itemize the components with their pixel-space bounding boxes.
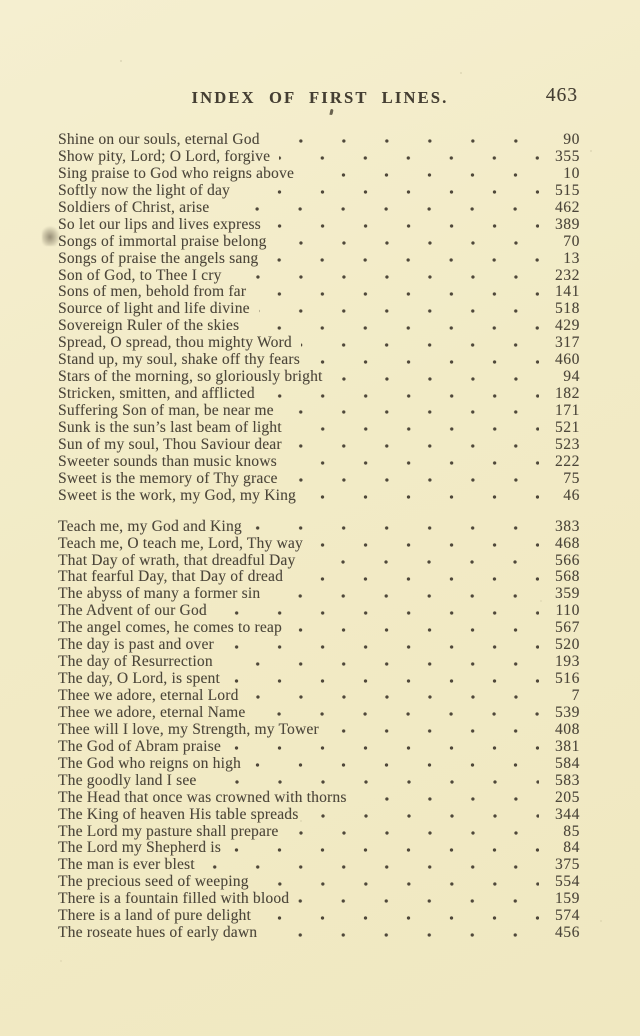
dot-leader [264,386,539,403]
entry-page-number: 193 [546,654,580,671]
entry-first-line: Softly now the light of day [58,183,230,200]
dot-leader [230,739,539,756]
paper-speckles [120,60,122,62]
index-entry-row: Soldiers of Christ, arise462 [58,200,580,217]
dot-leader [218,200,539,217]
entry-page-number: 583 [546,773,580,790]
entry-page-number: 359 [546,586,580,603]
dot-leader [270,217,539,234]
index-entry-row: The God who reigns on high584 [58,756,580,773]
index-entry-row: Sweet is the memory of Thy grace75 [58,471,580,488]
dot-leader [255,284,539,301]
dot-leader [303,166,539,183]
entry-first-line: Sunk is the sun’s last beam of light [58,420,282,437]
index-entry-row: The day, O Lord, is spent516 [58,671,580,688]
entry-page-number: 515 [546,183,580,200]
dot-leader [291,437,539,454]
dot-leader [239,183,539,200]
dot-leader [309,352,539,369]
index-entry-row: Thee will I love, my Strength, my Tower4… [58,722,580,739]
index-entry-row: The roseate hues of early dawn456 [58,925,580,942]
dot-leader [251,519,539,536]
entry-page-number: 205 [546,790,580,807]
index-entry-row: The goodly land I see583 [58,773,580,790]
entry-page-number: 429 [546,318,580,335]
index-entry-row: Stars of the morning, so gloriously brig… [58,369,580,386]
entry-first-line: Source of light and life divine [58,301,250,318]
dot-leader [269,586,539,603]
index-entry-row: There is a fountain filled with blood159 [58,891,580,908]
index-entry-row: The King of heaven His table spreads344 [58,807,580,824]
dot-leader [292,569,539,586]
entry-first-line: Soldiers of Christ, arise [58,200,209,217]
dot-leader [356,790,539,807]
entry-page-number: 456 [546,925,580,942]
page-title: INDEX OF FIRST LINES. [192,88,449,108]
entry-page-number: 7 [546,688,580,705]
entry-first-line: Sovereign Ruler of the skies [58,318,239,335]
entry-page-number: 460 [546,352,580,369]
entry-first-line: Spread, O spread, thou mighty Word [58,335,292,352]
dot-leader [304,553,539,570]
index-entry-row: Sunk is the sun’s last beam of light521 [58,420,580,437]
entry-first-line: The day of Resurrection [58,654,213,671]
dot-leader [332,369,539,386]
entry-page-number: 381 [546,739,580,756]
index-entry-row: The Lord my Shepherd is84 [58,840,580,857]
index-entry-row: Songs of immortal praise belong70 [58,234,580,251]
dot-leader [305,488,539,505]
index-entry-row: Stand up, my soul, shake off thy fears46… [58,352,580,369]
entry-page-number: 383 [546,519,580,536]
entry-page-number: 94 [546,369,580,386]
index-entry-row: Sons of men, behold from far141 [58,284,580,301]
entry-first-line: The day is past and over [58,637,214,654]
entry-first-line: That fearful Day, that Day of dread [58,569,283,586]
dot-leader [254,705,539,722]
entry-page-number: 389 [546,217,580,234]
entry-first-line: That Day of wrath, that dreadful Day [58,553,295,570]
entry-page-number: 539 [546,705,580,722]
entry-first-line: Thee we adore, eternal Lord [58,688,239,705]
entry-page-number: 355 [546,149,580,166]
entry-page-number: 554 [546,874,580,891]
entry-first-line: Sons of men, behold from far [58,284,246,301]
index-entry-row: The angel comes, he comes to reap567 [58,620,580,637]
index-entry-row: The abyss of many a former sin359 [58,586,580,603]
dot-leader [258,874,539,891]
index-entry-row: Thee we adore, eternal Lord7 [58,688,580,705]
entry-page-number: 462 [546,200,580,217]
index-entry-row: Son of God, to Thee I cry232 [58,268,580,285]
entry-first-line: The angel comes, he comes to reap [58,620,282,637]
entry-first-line: Sweeter sounds than music knows [58,454,277,471]
entry-first-line: Sing praise to God who reigns above [58,166,294,183]
entry-page-number: 70 [546,234,580,251]
index-entry-row: Sovereign Ruler of the skies429 [58,318,580,335]
entry-first-line: The Lord my pasture shall prepare [58,824,279,841]
dot-leader [248,688,539,705]
dot-leader [229,671,539,688]
index-entry-row: Sing praise to God who reigns above10 [58,166,580,183]
index-entry-row: Source of light and life divine518 [58,301,580,318]
entry-first-line: Sun of my soul, Thou Saviour dear [58,437,282,454]
entry-page-number: 159 [546,891,580,908]
index-entry-row: Stricken, smitten, and afflicted182 [58,386,580,403]
entry-page-number: 182 [546,386,580,403]
index-entry-row: The God of Abram praise381 [58,739,580,756]
index-entry-row: Sun of my soul, Thou Saviour dear523 [58,437,580,454]
dot-leader [266,925,539,942]
entry-first-line: Son of God, to Thee I cry [58,268,222,285]
entry-first-line: The goodly land I see [58,773,197,790]
entry-first-line: The day, O Lord, is spent [58,671,220,688]
entry-first-line: Teach me, my God and King [58,519,242,536]
entry-page-number: 566 [546,553,580,570]
dot-leader [291,420,539,437]
dot-leader [223,637,539,654]
index-entry-row: Songs of praise the angels sang13 [58,251,580,268]
entry-page-number: 375 [546,857,580,874]
index-entry-row: Softly now the light of day515 [58,183,580,200]
dot-leader [216,603,539,620]
entry-first-line: The Lord my Shepherd is [58,840,221,857]
dot-leader [267,251,539,268]
index-entry-row: The Advent of our God110 [58,603,580,620]
entry-page-number: 468 [546,536,580,553]
entry-page-number: 85 [546,824,580,841]
index-entry-row: That Day of wrath, that dreadful Day566 [58,553,580,570]
index-entry-row: The day is past and over520 [58,637,580,654]
entry-page-number: 110 [546,603,580,620]
entry-page-number: 141 [546,284,580,301]
entry-first-line: Show pity, Lord; O Lord, forgive [58,149,270,166]
entry-page-number: 46 [546,488,580,505]
index-entry-row: The Lord my pasture shall prepare85 [58,824,580,841]
dot-leader [230,840,539,857]
entry-page-number: 521 [546,420,580,437]
entry-page-number: 568 [546,569,580,586]
entry-page-number: 516 [546,671,580,688]
dot-leader [286,454,539,471]
dot-leader [283,403,539,420]
dot-leader [248,318,539,335]
entry-first-line: Sweet is the work, my God, my King [58,488,296,505]
index-section: Shine on our souls, eternal God90Show pi… [58,132,580,505]
dot-leader [231,268,539,285]
index-entry-row: Teach me, O teach me, Lord, Thy way468 [58,536,580,553]
entry-first-line: The Head that once was crowned with thor… [58,790,347,807]
entry-page-number: 317 [546,335,580,352]
entry-page-number: 90 [546,132,580,149]
entry-page-number: 574 [546,908,580,925]
dot-leader [279,149,539,166]
index-entry-row: Spread, O spread, thou mighty Word317 [58,335,580,352]
entry-first-line: The Advent of our God [58,603,207,620]
entry-first-line: The precious seed of weeping [58,874,249,891]
entry-page-number: 520 [546,637,580,654]
entry-first-line: Teach me, O teach me, Lord, Thy way [58,536,303,553]
entry-page-number: 232 [546,268,580,285]
entry-first-line: The God who reigns on high [58,756,241,773]
dot-leader [287,471,539,488]
entry-first-line: Stricken, smitten, and afflicted [58,386,255,403]
dot-leader [250,756,539,773]
entry-page-number: 584 [546,756,580,773]
entry-first-line: Thee we adore, eternal Name [58,705,245,722]
dot-leader [312,536,539,553]
entry-page-number: 518 [546,301,580,318]
index-entry-row: Suffering Son of man, be near me171 [58,403,580,420]
entry-first-line: Stand up, my soul, shake off thy fears [58,352,300,369]
entry-page-number: 75 [546,471,580,488]
index-list: Shine on our souls, eternal God90Show pi… [58,132,580,942]
index-section: Teach me, my God and King383Teach me, O … [58,519,580,942]
entry-page-number: 408 [546,722,580,739]
entry-page-number: 523 [546,437,580,454]
index-entry-row: The man is ever blest375 [58,857,580,874]
index-entry-row: So let our lips and lives express389 [58,217,580,234]
dot-leader [206,773,540,790]
entry-first-line: The King of heaven His table spreads [58,807,299,824]
entry-page-number: 344 [546,807,580,824]
dot-leader [222,654,539,671]
index-entry-row: Sweeter sounds than music knows222 [58,454,580,471]
dot-leader [328,722,539,739]
index-entry-row: There is a land of pure delight574 [58,908,580,925]
index-entry-row: Shine on our souls, eternal God90 [58,132,580,149]
entry-first-line: Stars of the morning, so gloriously brig… [58,369,323,386]
index-entry-row: Teach me, my God and King383 [58,519,580,536]
dot-leader [276,234,539,251]
entry-first-line: There is a fountain filled with blood [58,891,289,908]
entry-page-number: 84 [546,840,580,857]
entry-first-line: Shine on our souls, eternal God [58,132,260,149]
book-page: INDEX OF FIRST LINES. 463 Shine on our s… [0,0,640,1036]
dot-leader [291,620,539,637]
stray-mark [329,109,333,115]
entry-first-line: The abyss of many a former sin [58,586,260,603]
entry-first-line: Songs of praise the angels sang [58,251,258,268]
entry-first-line: Suffering Son of man, be near me [58,403,274,420]
dot-leader [260,908,539,925]
index-entry-row: Thee we adore, eternal Name539 [58,705,580,722]
index-entry-row: Show pity, Lord; O Lord, forgive355 [58,149,580,166]
entry-first-line: Thee will I love, my Strength, my Tower [58,722,319,739]
page-header: INDEX OF FIRST LINES. 463 [0,88,640,108]
entry-page-number: 567 [546,620,580,637]
entry-page-number: 10 [546,166,580,183]
entry-first-line: Sweet is the memory of Thy grace [58,471,278,488]
index-entry-row: The precious seed of weeping554 [58,874,580,891]
entry-first-line: Songs of immortal praise belong [58,234,267,251]
dot-leader [288,824,539,841]
entry-first-line: The God of Abram praise [58,739,221,756]
entry-first-line: The man is ever blest [58,857,195,874]
entry-first-line: So let our lips and lives express [58,217,261,234]
entry-first-line: The roseate hues of early dawn [58,925,257,942]
entry-page-number: 13 [546,251,580,268]
dot-leader [204,857,539,874]
dot-leader [269,132,539,149]
entry-first-line: There is a land of pure delight [58,908,251,925]
entry-page-number: 222 [546,454,580,471]
dot-leader [298,891,539,908]
index-entry-row: That fearful Day, that Day of dread568 [58,569,580,586]
page-number: 463 [546,85,578,107]
entry-page-number: 171 [546,403,580,420]
index-entry-row: The Head that once was crowned with thor… [58,790,580,807]
index-entry-row: Sweet is the work, my God, my King46 [58,488,580,505]
dot-leader [308,807,540,824]
dot-leader [259,301,539,318]
dot-leader [301,335,539,352]
index-entry-row: The day of Resurrection193 [58,654,580,671]
